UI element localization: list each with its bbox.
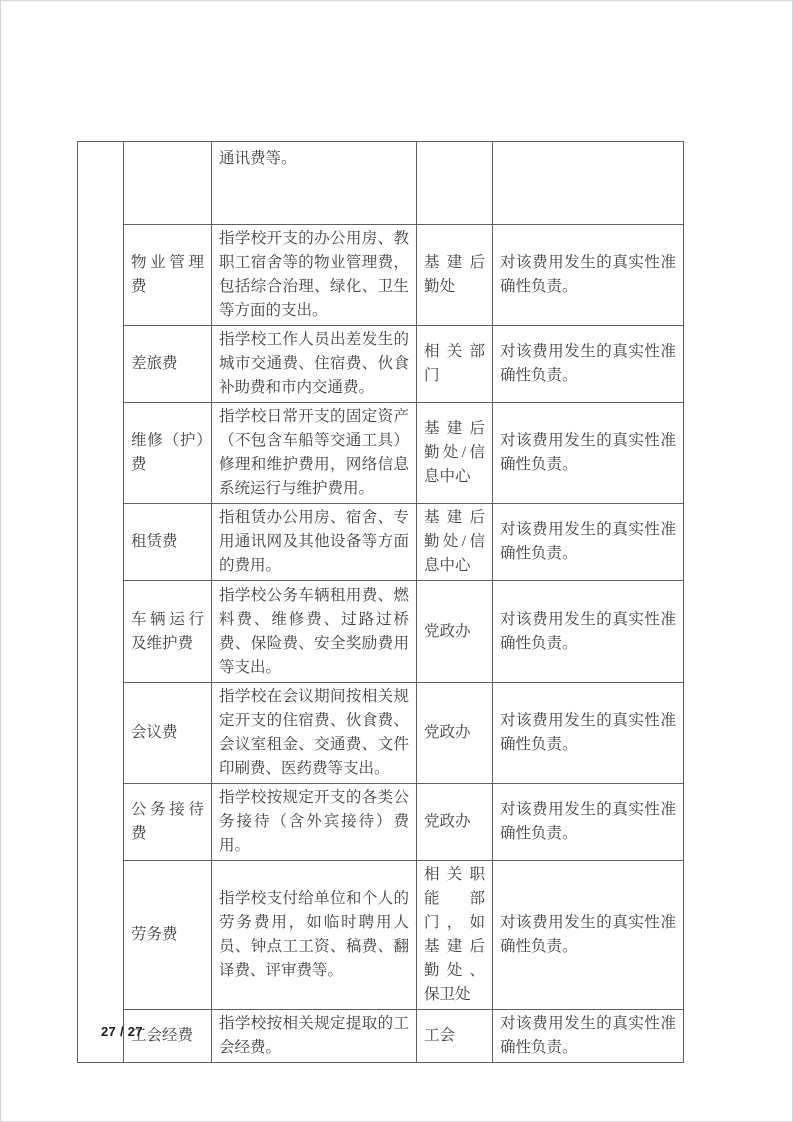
- fee-name-cell: 会议费: [124, 683, 212, 784]
- fee-description-cell: 指学校工作人员出差发生的城市交通费、住宿费、伙食补助费和市内交通费。: [212, 326, 417, 403]
- responsibility-cell: 对该费用发生的真实性准确性负责。: [493, 326, 684, 403]
- table-row: 劳务费 指学校支付给单位和个人的劳务费用，如临时聘用人员、钟点工工资、稿费、翻译…: [78, 861, 684, 1010]
- fee-description-cell: 指租赁办公用房、宿舍、专用通讯网及其他设备等方面的费用。: [212, 504, 417, 581]
- department-cell: 基建后勤处/信息中心: [417, 504, 493, 581]
- responsibility-cell: 对该费用发生的真实性准确性负责。: [493, 225, 684, 326]
- document-page: 通讯费等。 物业管理费 指学校开支的办公用房、教职工宿舍等的物业管理费，包括综合…: [0, 0, 793, 1122]
- fee-description-cell: 指学校按相关规定提取的工会经费。: [212, 1010, 417, 1063]
- responsibility-cell: 对该费用发生的真实性准确性负责。: [493, 1010, 684, 1063]
- fee-description-cell: 指学校支付给单位和个人的劳务费用，如临时聘用人员、钟点工工资、稿费、翻译费、评审…: [212, 861, 417, 1010]
- fee-description-cell: 指学校在会议期间按相关规定开支的住宿费、伙食费、会议室租金、交通费、文件印刷费、…: [212, 683, 417, 784]
- fee-description-cell: 通讯费等。: [212, 142, 417, 225]
- fee-name-cell: 车辆运行及维护费: [124, 581, 212, 683]
- department-cell: 相关部门: [417, 326, 493, 403]
- responsibility-cell: 对该费用发生的真实性准确性负责。: [493, 683, 684, 784]
- responsibility-cell: 对该费用发生的真实性准确性负责。: [493, 784, 684, 861]
- table-row: 租赁费 指租赁办公用房、宿舍、专用通讯网及其他设备等方面的费用。 基建后勤处/信…: [78, 504, 684, 581]
- table-row-continued: 通讯费等。: [78, 142, 684, 225]
- department-cell: 党政办: [417, 683, 493, 784]
- table-row: 会议费 指学校在会议期间按相关规定开支的住宿费、伙食费、会议室租金、交通费、文件…: [78, 683, 684, 784]
- fee-name-cell: 维修（护）费: [124, 403, 212, 504]
- department-cell: 基建后勤处: [417, 225, 493, 326]
- responsibility-cell: 对该费用发生的真实性准确性负责。: [493, 581, 684, 683]
- table-row: 物业管理费 指学校开支的办公用房、教职工宿舍等的物业管理费，包括综合治理、绿化、…: [78, 225, 684, 326]
- department-cell: 党政办: [417, 784, 493, 861]
- department-cell: 基建后勤处/信息中心: [417, 403, 493, 504]
- fee-name-cell: 差旅费: [124, 326, 212, 403]
- category-merged-cell: [78, 142, 124, 1063]
- fee-description-cell: 指学校开支的办公用房、教职工宿舍等的物业管理费，包括综合治理、绿化、卫生等方面的…: [212, 225, 417, 326]
- fee-description-cell: 指学校按规定开支的各类公务接待（含外宾接待）费用。: [212, 784, 417, 861]
- expense-responsibility-table: 通讯费等。 物业管理费 指学校开支的办公用房、教职工宿舍等的物业管理费，包括综合…: [77, 141, 684, 1063]
- fee-name-cell: [124, 142, 212, 225]
- department-cell: 工会: [417, 1010, 493, 1063]
- table-row: 工会经费 指学校按相关规定提取的工会经费。 工会 对该费用发生的真实性准确性负责…: [78, 1010, 684, 1063]
- fee-name-cell: 劳务费: [124, 861, 212, 1010]
- table-row: 维修（护）费 指学校日常开支的固定资产（不包含车船等交通工具）修理和维护费用，网…: [78, 403, 684, 504]
- responsibility-cell: 对该费用发生的真实性准确性负责。: [493, 504, 684, 581]
- page-number: 27 / 27: [101, 1024, 143, 1039]
- table-row: 车辆运行及维护费 指学校公务车辆租用费、燃料费、维修费、过路过桥费、保险费、安全…: [78, 581, 684, 683]
- responsibility-cell: [493, 142, 684, 225]
- fee-description-cell: 指学校公务车辆租用费、燃料费、维修费、过路过桥费、保险费、安全奖励费用等支出。: [212, 581, 417, 683]
- fee-description-cell: 指学校日常开支的固定资产（不包含车船等交通工具）修理和维护费用，网络信息系统运行…: [212, 403, 417, 504]
- department-cell: 党政办: [417, 581, 493, 683]
- fee-name-cell: 租赁费: [124, 504, 212, 581]
- fee-name-cell: 公务接待费: [124, 784, 212, 861]
- responsibility-cell: 对该费用发生的真实性准确性负责。: [493, 403, 684, 504]
- table-row: 差旅费 指学校工作人员出差发生的城市交通费、住宿费、伙食补助费和市内交通费。 相…: [78, 326, 684, 403]
- table-row: 公务接待费 指学校按规定开支的各类公务接待（含外宾接待）费用。 党政办 对该费用…: [78, 784, 684, 861]
- department-cell: [417, 142, 493, 225]
- department-cell: 相关职能部门，如基建后勤处、保卫处: [417, 861, 493, 1010]
- fee-name-cell: 物业管理费: [124, 225, 212, 326]
- responsibility-cell: 对该费用发生的真实性准确性负责。: [493, 861, 684, 1010]
